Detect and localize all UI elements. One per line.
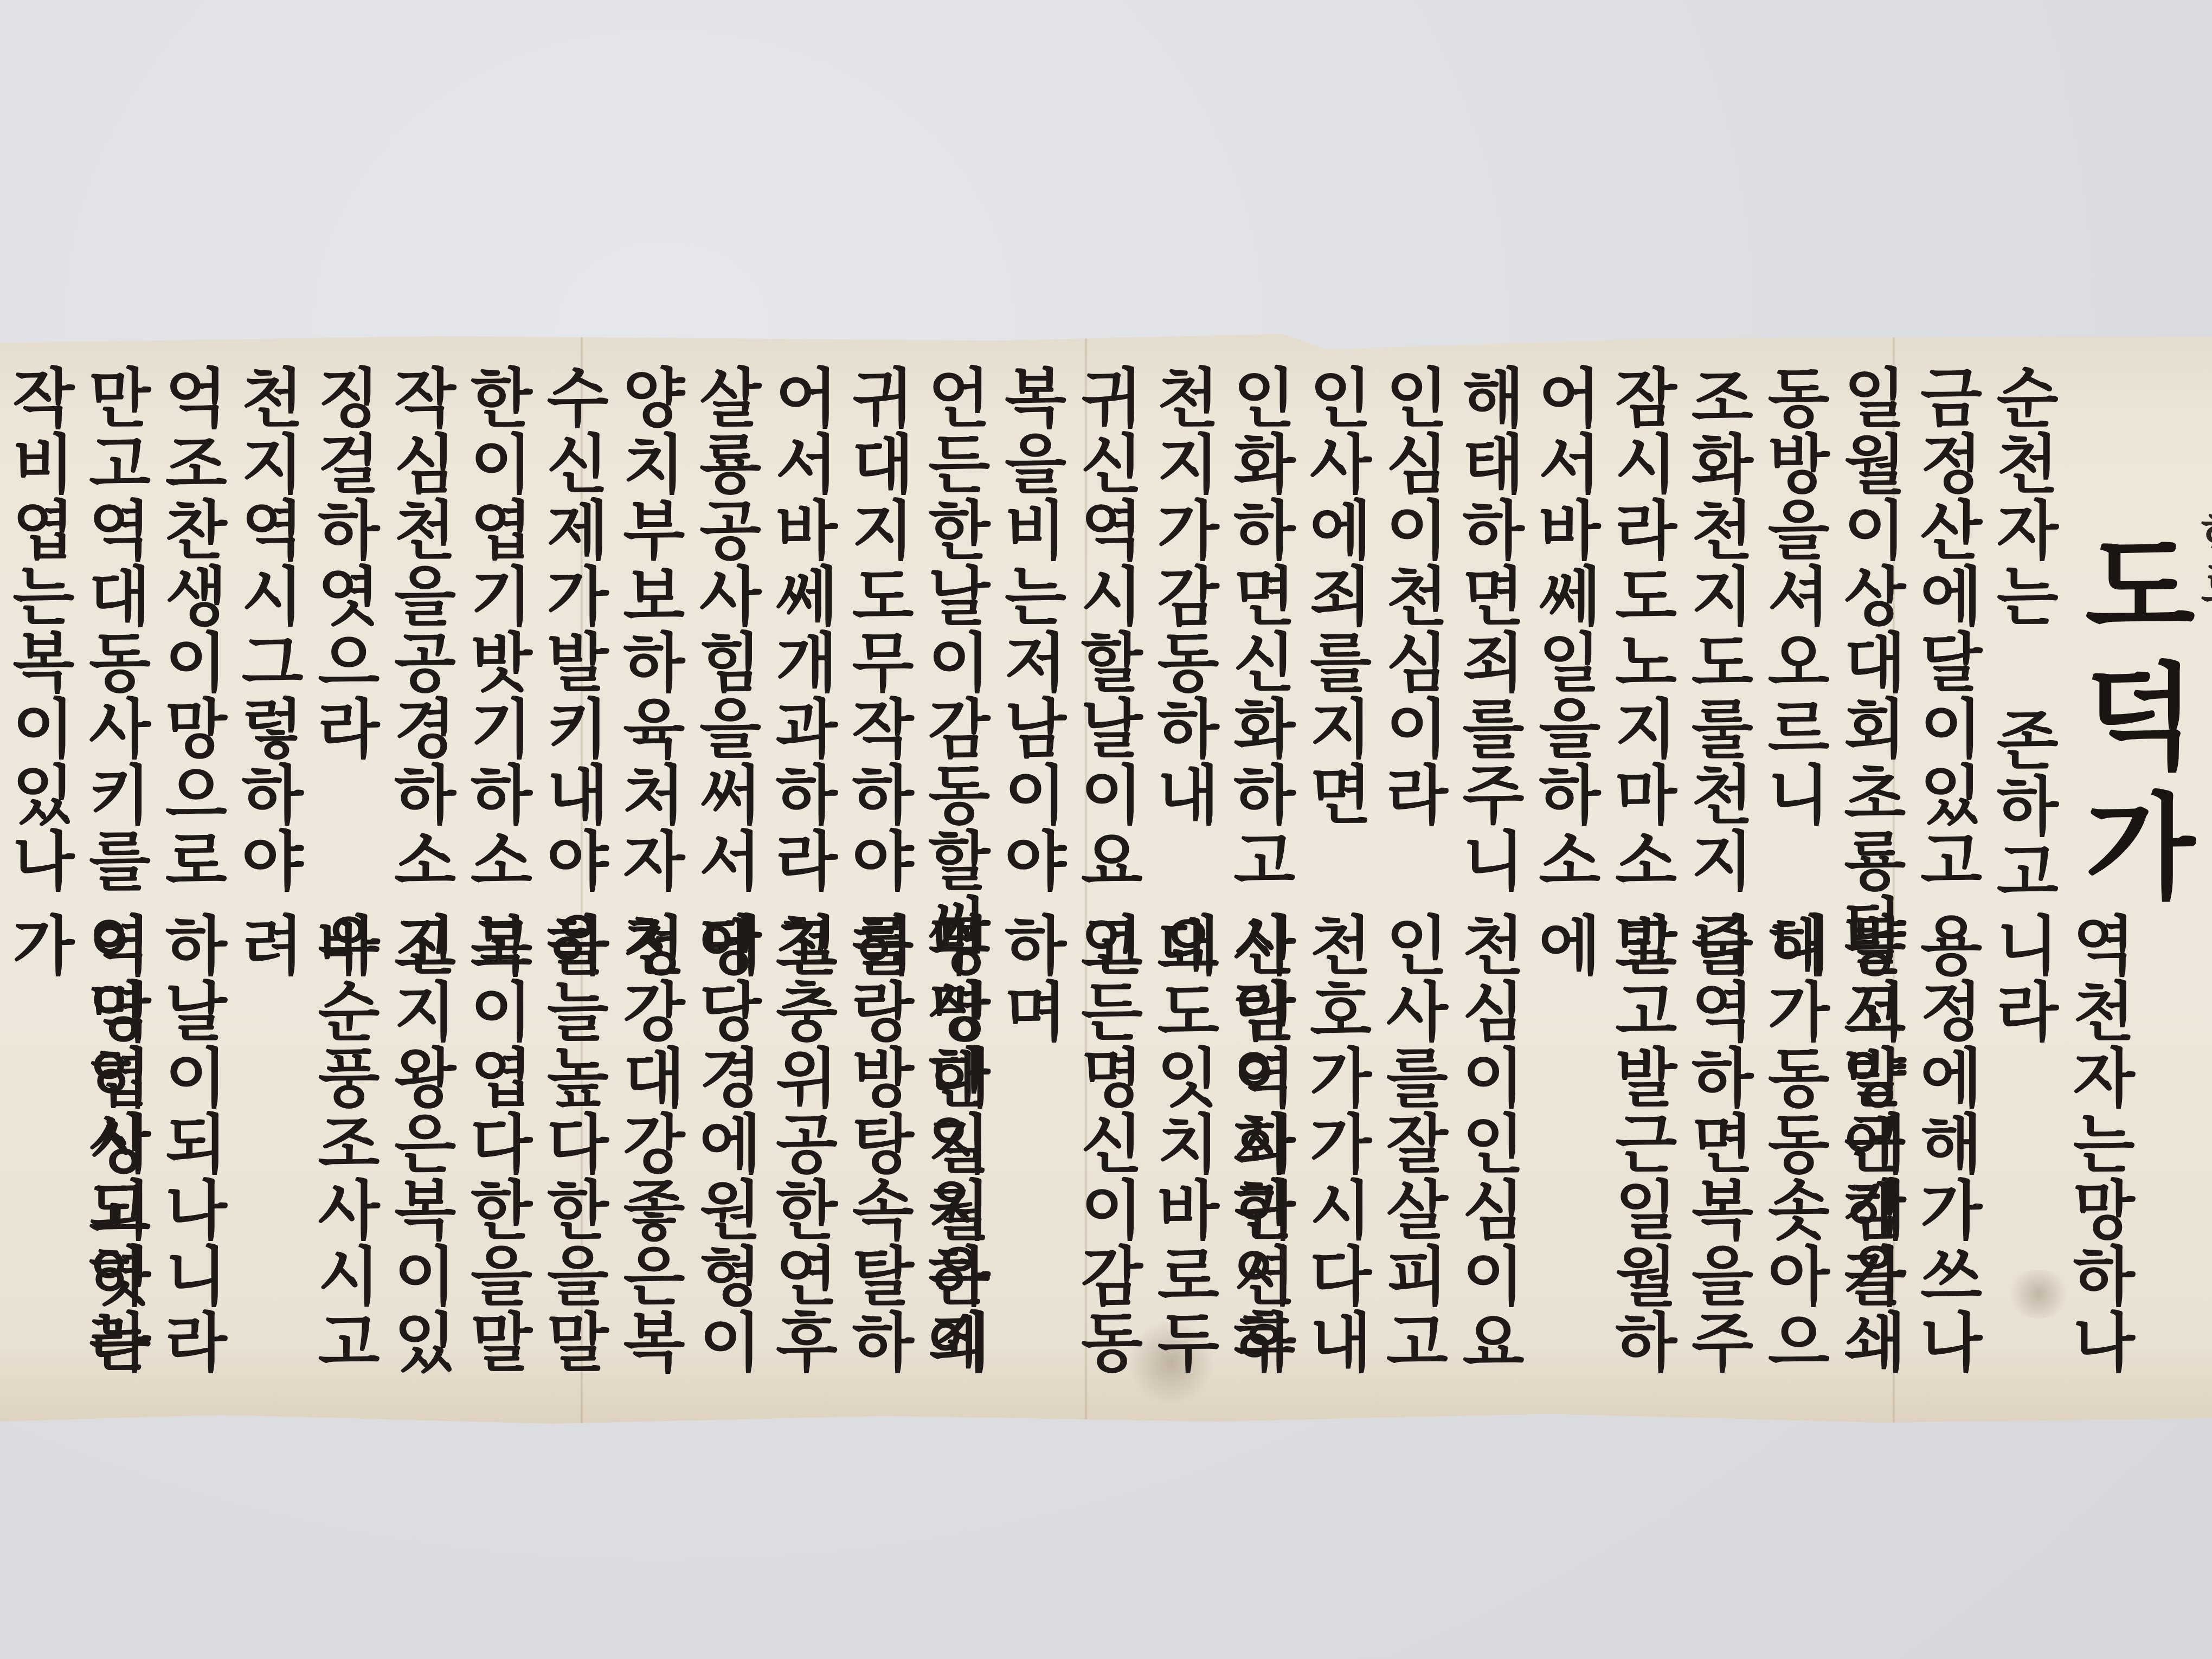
column-lower-line: 하날이되나니라	[153, 912, 229, 1375]
manuscript-title: 도덕가	[2071, 527, 2190, 917]
column-lower-line: 인사를잘살피고	[1374, 912, 1450, 1375]
column-upper-line: 한이엽기밧기하소	[458, 364, 535, 893]
column-upper-line: 언든한날이감동할싸	[916, 364, 992, 960]
column-lower-line: 용정에해가쓰나	[1908, 912, 1984, 1375]
column-upper-line: 어서바쎄일을하소	[1526, 364, 1603, 893]
column-lower-line: 언든명신이감동하며	[992, 912, 1145, 1411]
column-upper-line: 복을비는저남이야	[992, 364, 1069, 893]
column-upper-line: 작비엽는복이있나	[0, 364, 76, 893]
column-upper-line: 인화하면신화하고	[1221, 364, 1297, 893]
column-upper-line: 천지가감동하내	[1144, 364, 1221, 827]
text-column-25: 억조찬생이망으로 하날이되나니라	[153, 364, 229, 1411]
manuscript-scroll: 한로 도덕가 순천자는 존하고 역천자는망하나니라 금정산에달이있고 용정에해가…	[0, 332, 2212, 1427]
column-upper-line: 수신제가발키내야	[534, 364, 610, 893]
column-upper-line: 잠시라도노지마소	[1603, 364, 1679, 893]
column-upper-line: 작심천을공경하소	[382, 364, 458, 893]
column-upper-line: 순천자는 존하고	[1984, 364, 2061, 905]
column-upper-line: 동방을셔오르니	[1755, 364, 1831, 827]
text-column-7: 어서바쎄일을하소 발고발근일월하에	[1526, 364, 1603, 1411]
column-lower-line: 우순풍조사시고려	[229, 912, 382, 1411]
column-upper-line: 어서바쎄개과하라	[763, 364, 840, 893]
column-upper-line: 천지역시그렇하야	[229, 364, 305, 893]
text-column-9: 인심이천심이라 인사를잘살피고	[1374, 364, 1450, 1411]
manuscript-text: 도덕가 순천자는 존하고 역천자는망하나니라 금정산에달이있고 용정에해가쓰나 …	[0, 364, 2190, 1411]
column-upper-line: 해태하면죄를주니	[1450, 364, 1526, 893]
text-column-10: 인사에죄를지면 천호가가시다내	[1297, 364, 1374, 1411]
column-upper-line: 양치부보하육처자	[610, 364, 687, 893]
column-upper-line: 조화천지도룰천지	[1679, 364, 1756, 893]
column-lower-line: 역천자는망하나니라	[1984, 912, 2137, 1411]
text-column-14: 복을비는저남이야 언든명신이감동하며	[992, 364, 1069, 1411]
column-lower-line: 발고발근일월하에	[1526, 912, 1679, 1411]
column-upper-line: 살룡공사힘을써서	[687, 364, 763, 893]
text-column-27: 작비엽는복이있나 이망엽시되엿는가	[0, 364, 76, 1411]
column-lower-line: 천호가가시다내	[1297, 912, 1374, 1375]
column-upper-line: 인사에죄를지면	[1297, 364, 1374, 827]
column-lower-line: 이망엽시되엿는가	[0, 912, 153, 1411]
text-column-8: 해태하면죄를주니 천심이인심이요	[1450, 364, 1526, 1411]
column-upper-line: 억조찬생이망으로	[153, 364, 229, 893]
column-lower-line: 천심이인심이요	[1450, 912, 1526, 1375]
column-upper-line: 인심이천심이라	[1374, 364, 1450, 827]
column-upper-line: 귀대지도무작하야	[839, 364, 916, 893]
text-column-24: 천지역시그렇하야 우순풍조사시고려	[229, 364, 305, 1411]
column-upper-line: 일월이상대회초룡다	[1831, 364, 1908, 960]
column-upper-line: 징걸하엿으라	[305, 364, 382, 761]
column-upper-line: 만고역대동사키를	[76, 364, 153, 893]
text-column-1: 순천자는 존하고 역천자는망하나니라	[1984, 364, 2061, 1411]
column-upper-line: 금정산에달이있고	[1908, 364, 1984, 893]
text-column-2: 금정산에달이있고 용정에해가쓰나	[1908, 364, 1984, 1411]
column-upper-line: 귀신역시할날이요	[1069, 364, 1145, 893]
